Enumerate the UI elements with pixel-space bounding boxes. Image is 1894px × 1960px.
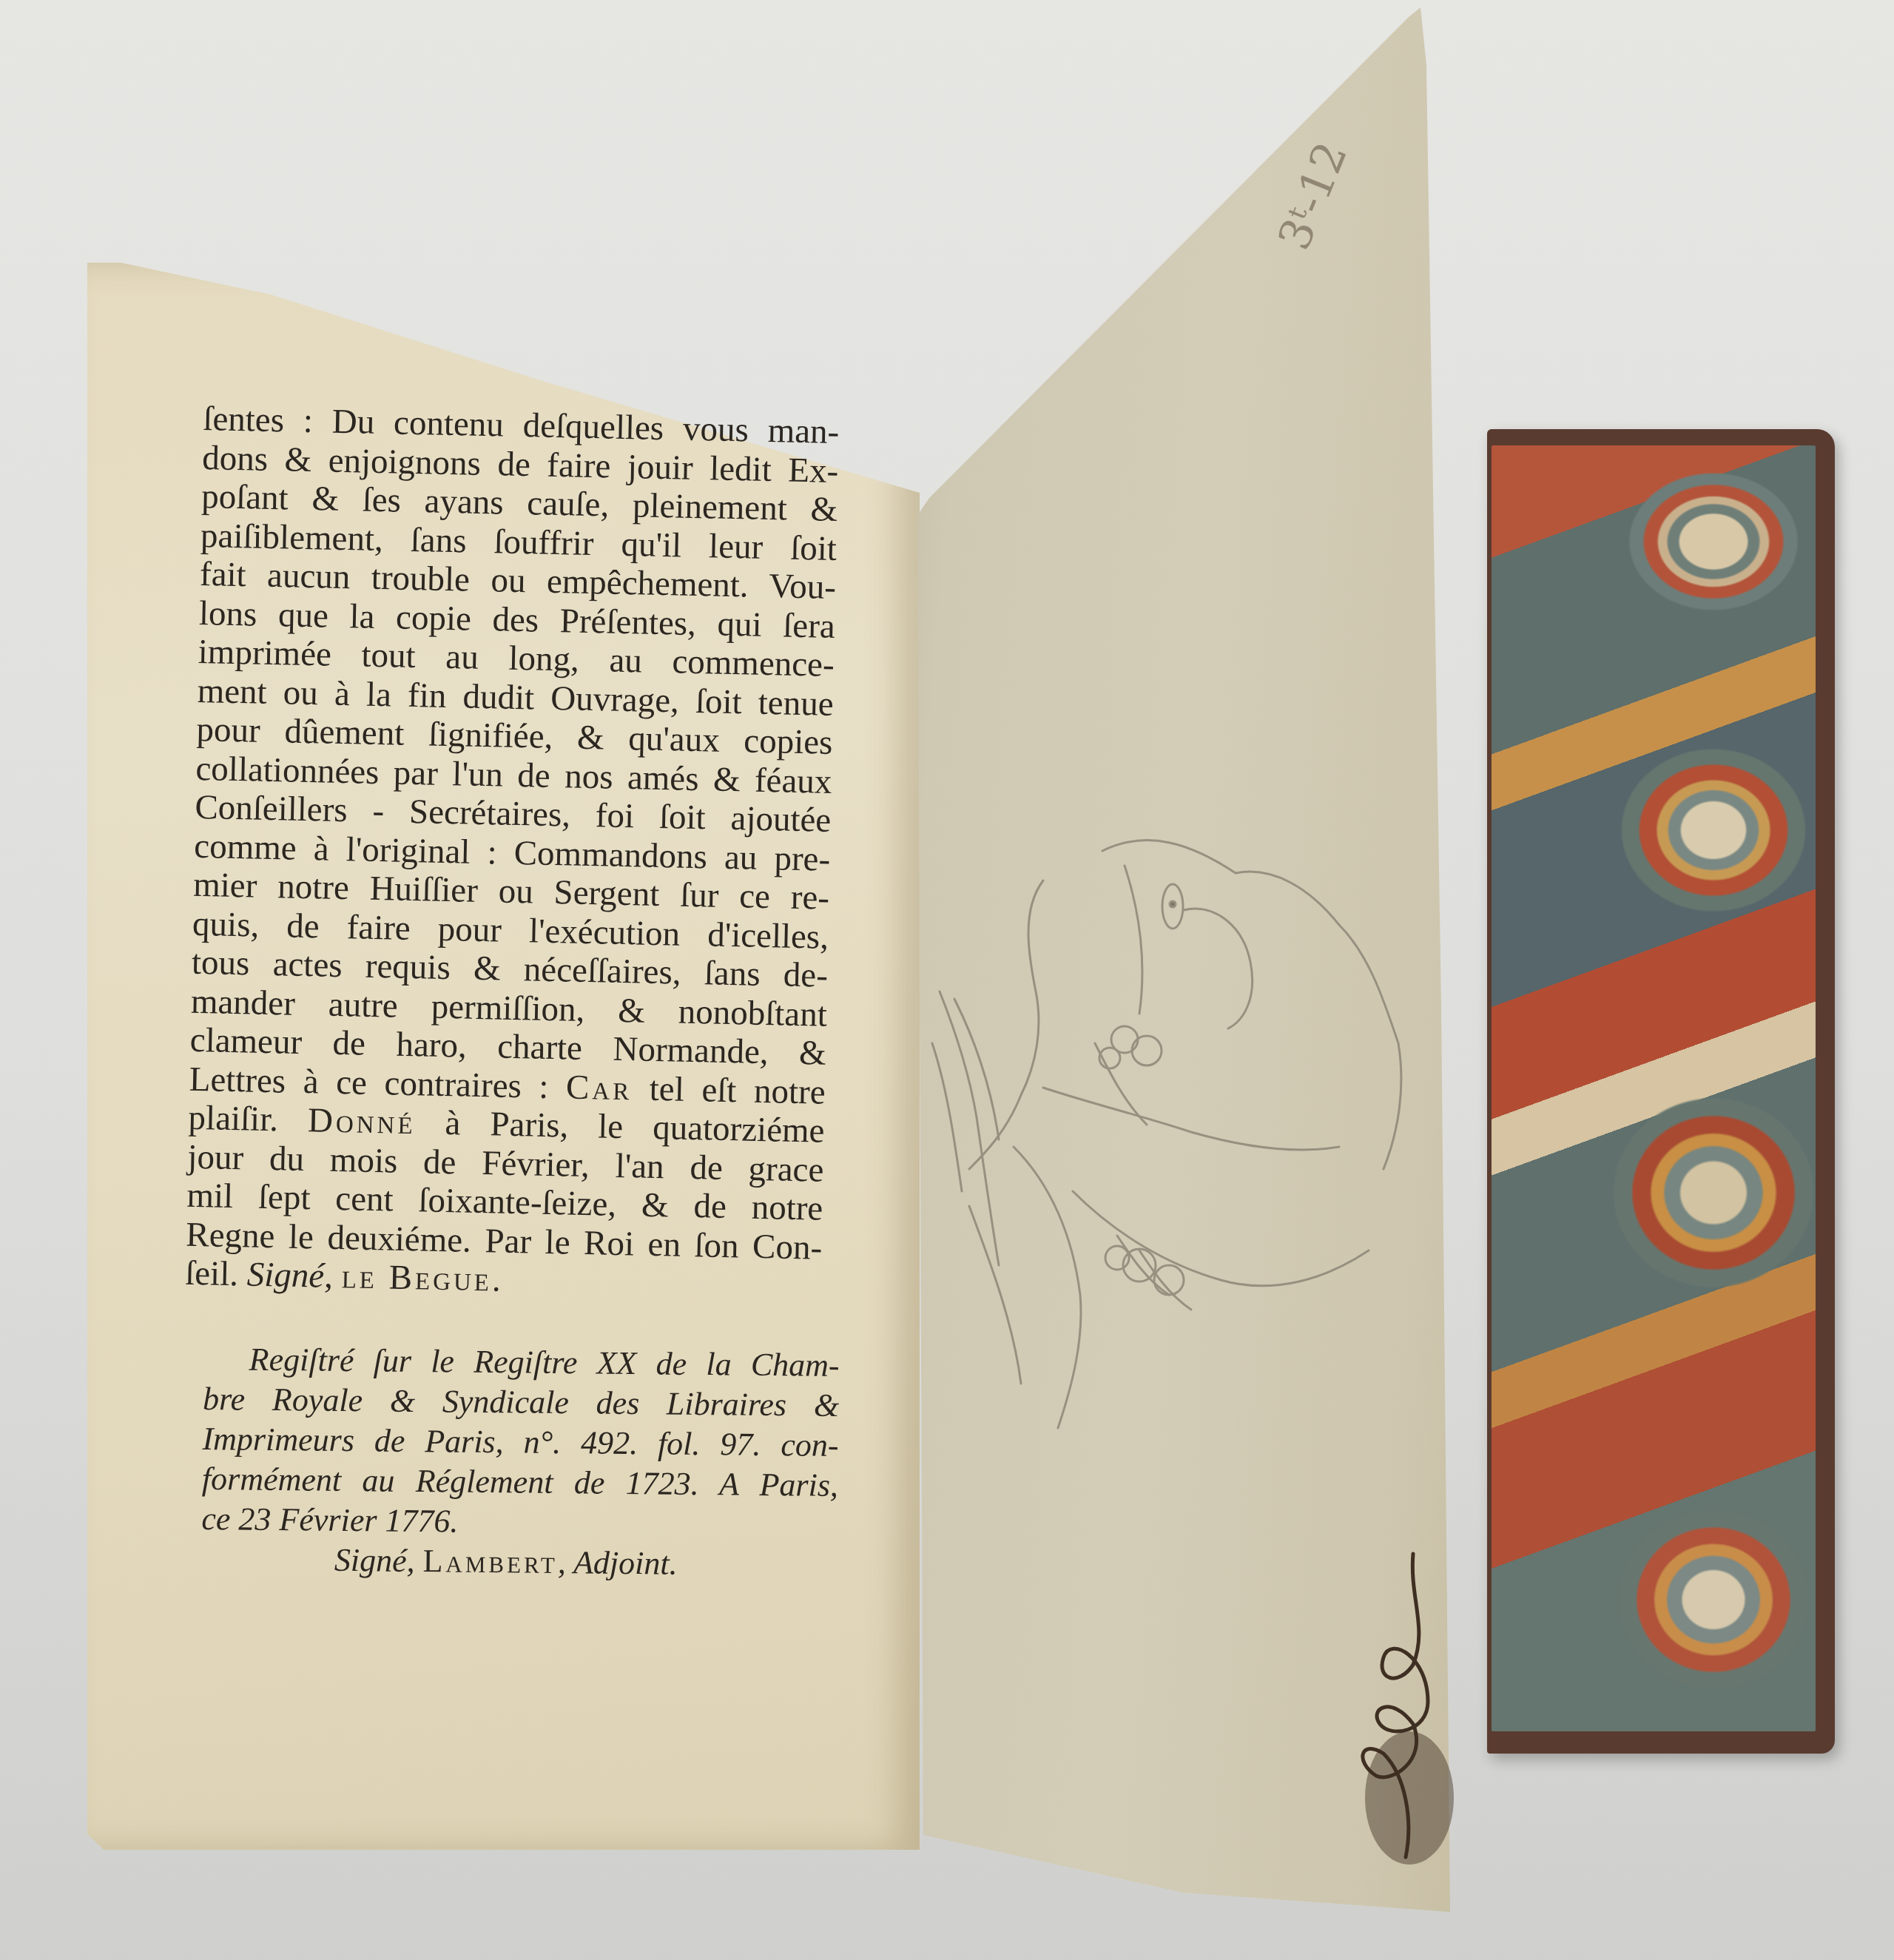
reg-line: formément au Réglement de 1723. A Paris,	[202, 1459, 839, 1506]
pencil-sketch-head-icon	[925, 821, 1502, 1576]
signer-name: le Begue	[341, 1257, 492, 1299]
registration-notice: Regiſtré ſur le Regiſtre XX de la Cham- …	[201, 1339, 840, 1586]
ink-flourish-icon	[1339, 1539, 1472, 1872]
reg-line: ce 23 Février 1776.	[201, 1499, 838, 1546]
reg-signature: Signé, Lambert, Adjoint.	[201, 1539, 838, 1586]
reg-line: Imprimeurs de Paris, n°. 492. fol. 97. c…	[202, 1419, 839, 1466]
small-caps-car: Car	[566, 1068, 633, 1108]
reg-line: Regiſtré ſur le Regiſtre XX de la Cham-	[203, 1339, 840, 1386]
marbled-endpaper	[1492, 445, 1816, 1731]
privilege-text: ſentes : Du contenu deſquelles vous man-…	[185, 400, 840, 1306]
reg-line: bre Royale & Syndicale des Libraires &	[203, 1379, 840, 1426]
small-caps-donne: Donné	[308, 1101, 417, 1142]
